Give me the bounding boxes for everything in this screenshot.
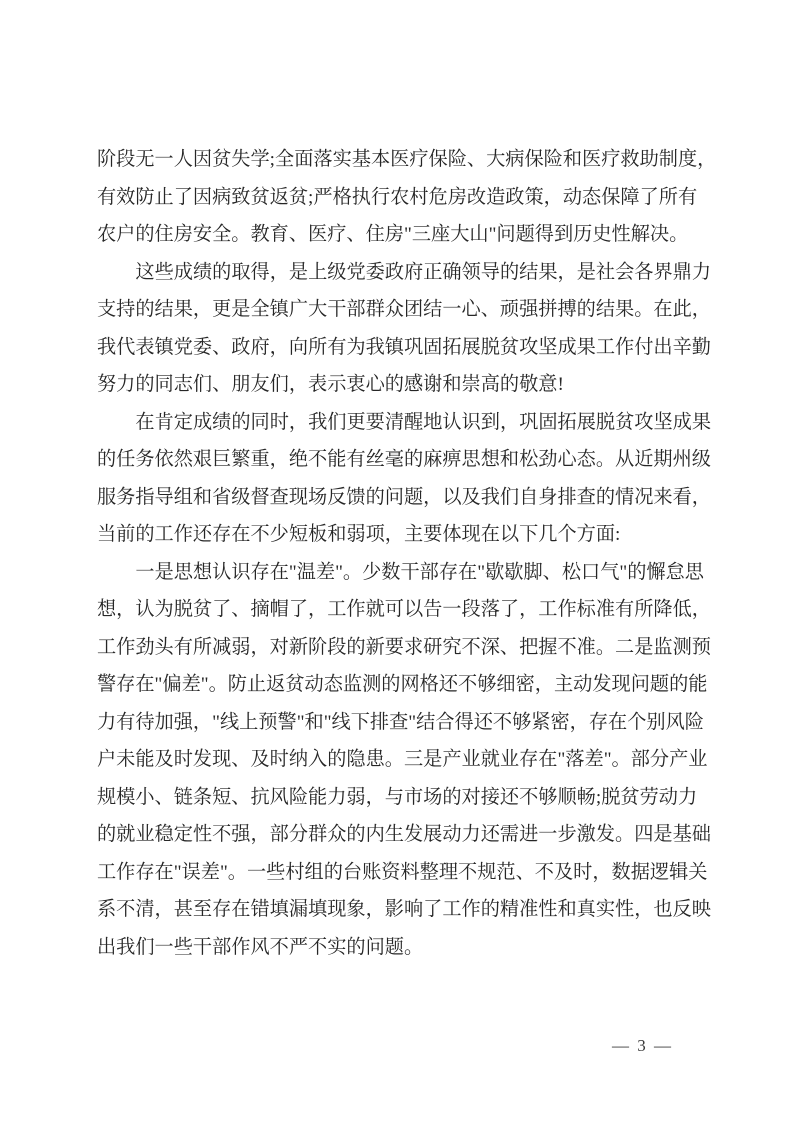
text-line: 当前的工作还存在不少短板和弱项，主要体现在以下几个方面: — [97, 516, 711, 554]
text-line: 户未能及时发现、及时纳入的隐患。三是产业就业存在"落差"。部分产业 — [97, 741, 711, 779]
text-line: 警存在"偏差"。防止返贫动态监测的网格还不够细密，主动发现问题的能 — [97, 666, 711, 704]
text-line: 农户的住房安全。教育、医疗、住房"三座大山"问题得到历史性解决。 — [97, 216, 711, 254]
document-body: 阶段无一人因贫失学;全面落实基本医疗保险、大病保险和医疗救助制度，有效防止了因病… — [97, 141, 711, 966]
paragraph-2: 这些成绩的取得，是上级党委政府正确领导的结果，是社会各界鼎力支持的结果，更是全镇… — [97, 254, 711, 404]
text-line: 一是思想认识存在"温差"。少数干部存在"歇歇脚、松口气"的懈怠思 — [97, 554, 711, 592]
text-line: 努力的同志们、朋友们，表示衷心的感谢和崇高的敬意! — [97, 366, 711, 404]
paragraph-3: 在肯定成绩的同时，我们更要清醒地认识到，巩固拓展脱贫攻坚成果的任务依然艰巨繁重，… — [97, 404, 711, 554]
text-line: 阶段无一人因贫失学;全面落实基本医疗保险、大病保险和医疗救助制度， — [97, 141, 711, 179]
text-line: 服务指导组和省级督查现场反馈的问题，以及我们自身排查的情况来看， — [97, 479, 711, 517]
text-line: 支持的结果，更是全镇广大干部群众团结一心、顽强拼搏的结果。在此， — [97, 291, 711, 329]
text-line: 出我们一些干部作风不严不实的问题。 — [97, 929, 711, 967]
text-line: 有效防止了因病致贫返贫;严格执行农村危房改造政策，动态保障了所有 — [97, 179, 711, 217]
text-line: 这些成绩的取得，是上级党委政府正确领导的结果，是社会各界鼎力 — [97, 254, 711, 292]
text-line: 工作劲头有所减弱，对新阶段的新要求研究不深、把握不准。二是监测预 — [97, 629, 711, 667]
text-line: 力有待加强，"线上预警"和"线下排查"结合得还不够紧密，存在个别风险 — [97, 704, 711, 742]
text-line: 规模小、链条短、抗风险能力弱，与市场的对接还不够顺畅;脱贫劳动力 — [97, 779, 711, 817]
text-line: 的任务依然艰巨繁重，绝不能有丝毫的麻痹思想和松劲心态。从近期州级 — [97, 441, 711, 479]
text-line: 的就业稳定性不强，部分群众的内生发展动力还需进一步激发。四是基础 — [97, 816, 711, 854]
paragraph-1: 阶段无一人因贫失学;全面落实基本医疗保险、大病保险和医疗救助制度，有效防止了因病… — [97, 141, 711, 254]
text-line: 在肯定成绩的同时，我们更要清醒地认识到，巩固拓展脱贫攻坚成果 — [97, 404, 711, 442]
page-number: — 3 — — [612, 1034, 673, 1058]
text-line: 系不清，甚至存在错填漏填现象，影响了工作的精准性和真实性，也反映 — [97, 891, 711, 929]
document-page: 阶段无一人因贫失学;全面落实基本医疗保险、大病保险和医疗救助制度，有效防止了因病… — [0, 0, 793, 1122]
text-line: 我代表镇党委、政府，向所有为我镇巩固拓展脱贫攻坚成果工作付出辛勤 — [97, 329, 711, 367]
text-line: 想，认为脱贫了、摘帽了，工作就可以告一段落了，工作标准有所降低， — [97, 591, 711, 629]
text-line: 工作存在"误差"。一些村组的台账资料整理不规范、不及时，数据逻辑关 — [97, 854, 711, 892]
paragraph-4: 一是思想认识存在"温差"。少数干部存在"歇歇脚、松口气"的懈怠思想，认为脱贫了、… — [97, 554, 711, 967]
